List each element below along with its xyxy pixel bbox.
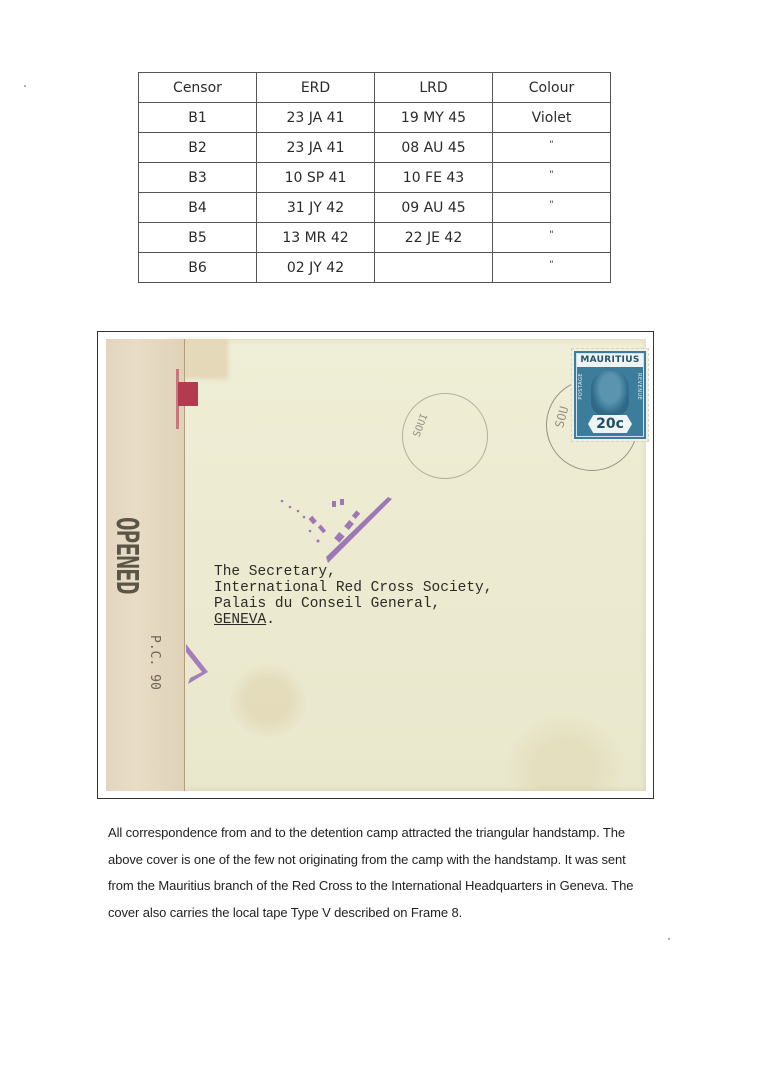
cell-erd: 13 MR 42: [257, 223, 375, 253]
ditto-mark: ": [549, 200, 553, 210]
cell-lrd: 08 AU 45: [375, 133, 493, 163]
red-seal-label: [178, 382, 198, 406]
triangular-handstamp-icon: [262, 487, 392, 567]
partial-handstamp-icon: [186, 644, 210, 686]
cell-censor: B4: [139, 193, 257, 223]
stamp-value: 20c: [588, 415, 632, 433]
cell-censor: B2: [139, 133, 257, 163]
cell-colour: Violet: [493, 103, 611, 133]
king-portrait-icon: [591, 371, 629, 415]
ditto-mark: ": [549, 230, 553, 240]
address-line: Palais du Conseil General,: [214, 596, 492, 612]
header-colour: Colour: [493, 73, 611, 103]
ditto-mark: ": [549, 170, 553, 180]
caption-text: All correspondence from and to the deten…: [108, 820, 668, 926]
stamp-left-label: POSTAGE: [578, 373, 584, 400]
cell-censor: B5: [139, 223, 257, 253]
table-row: B1 23 JA 41 19 MY 45 Violet: [139, 103, 611, 133]
address-line: The Secretary,: [214, 564, 492, 580]
censor-tape: OPENED P.C. 90: [106, 339, 185, 791]
cell-erd: 10 SP 41: [257, 163, 375, 193]
cover-photo-frame: OPENED P.C. 90 SOUI SOU MAURITIUS POSTAG…: [97, 331, 654, 799]
postmark-text: SOUI: [412, 412, 431, 438]
header-censor: Censor: [139, 73, 257, 103]
cell-lrd: 09 AU 45: [375, 193, 493, 223]
speck: [24, 85, 26, 87]
stamp-country: MAURITIUS: [577, 354, 643, 367]
header-lrd: LRD: [375, 73, 493, 103]
cell-erd: 31 JY 42: [257, 193, 375, 223]
cell-erd: 02 JY 42: [257, 253, 375, 283]
caption-line: above cover is one of the few not origin…: [108, 847, 668, 874]
cell-lrd: 22 JE 42: [375, 223, 493, 253]
cell-censor: B6: [139, 253, 257, 283]
cell-colour: ": [493, 163, 611, 193]
cell-erd: 23 JA 41: [257, 103, 375, 133]
cell-colour: ": [493, 223, 611, 253]
opened-tape-text: OPENED: [108, 517, 144, 595]
cell-colour: ": [493, 133, 611, 163]
cell-lrd: 10 FE 43: [375, 163, 493, 193]
table-row: B6 02 JY 42 ": [139, 253, 611, 283]
cell-colour: ": [493, 193, 611, 223]
address-block: The Secretary,International Red Cross So…: [214, 564, 492, 628]
cell-censor: B1: [139, 103, 257, 133]
header-erd: ERD: [257, 73, 375, 103]
address-line: International Red Cross Society,: [214, 580, 492, 596]
cell-censor: B3: [139, 163, 257, 193]
cell-lrd: 19 MY 45: [375, 103, 493, 133]
envelope-cover: OPENED P.C. 90 SOUI SOU MAURITIUS POSTAG…: [106, 339, 646, 791]
table-header-row: Censor ERD LRD Colour: [139, 73, 611, 103]
postage-stamp: MAURITIUS POSTAGE REVENUE 20c: [572, 349, 648, 441]
caption-line: All correspondence from and to the deten…: [108, 820, 668, 847]
cell-colour: ": [493, 253, 611, 283]
address-punctuation: .: [266, 612, 275, 628]
caption-line: from the Mauritius branch of the Red Cro…: [108, 873, 668, 900]
cell-lrd: [375, 253, 493, 283]
censor-dates-table: Censor ERD LRD Colour B1 23 JA 41 19 MY …: [138, 72, 611, 283]
ditto-mark: ": [549, 140, 553, 150]
tape-code-text: P.C. 90: [147, 635, 162, 690]
caption-line: cover also carries the local tape Type V…: [108, 900, 668, 927]
table-row: B4 31 JY 42 09 AU 45 ": [139, 193, 611, 223]
address-line: GENEVA.: [214, 612, 492, 628]
cell-erd: 23 JA 41: [257, 133, 375, 163]
speck: [668, 938, 670, 940]
table-row: B3 10 SP 41 10 FE 43 ": [139, 163, 611, 193]
table-row: B5 13 MR 42 22 JE 42 ": [139, 223, 611, 253]
address-city: GENEVA: [214, 612, 266, 628]
postmark-text: SOU: [552, 405, 571, 430]
table-row: B2 23 JA 41 08 AU 45 ": [139, 133, 611, 163]
ditto-mark: ": [549, 260, 553, 270]
stamp-right-label: REVENUE: [636, 373, 642, 400]
postmark-center: SOUI: [402, 393, 488, 479]
